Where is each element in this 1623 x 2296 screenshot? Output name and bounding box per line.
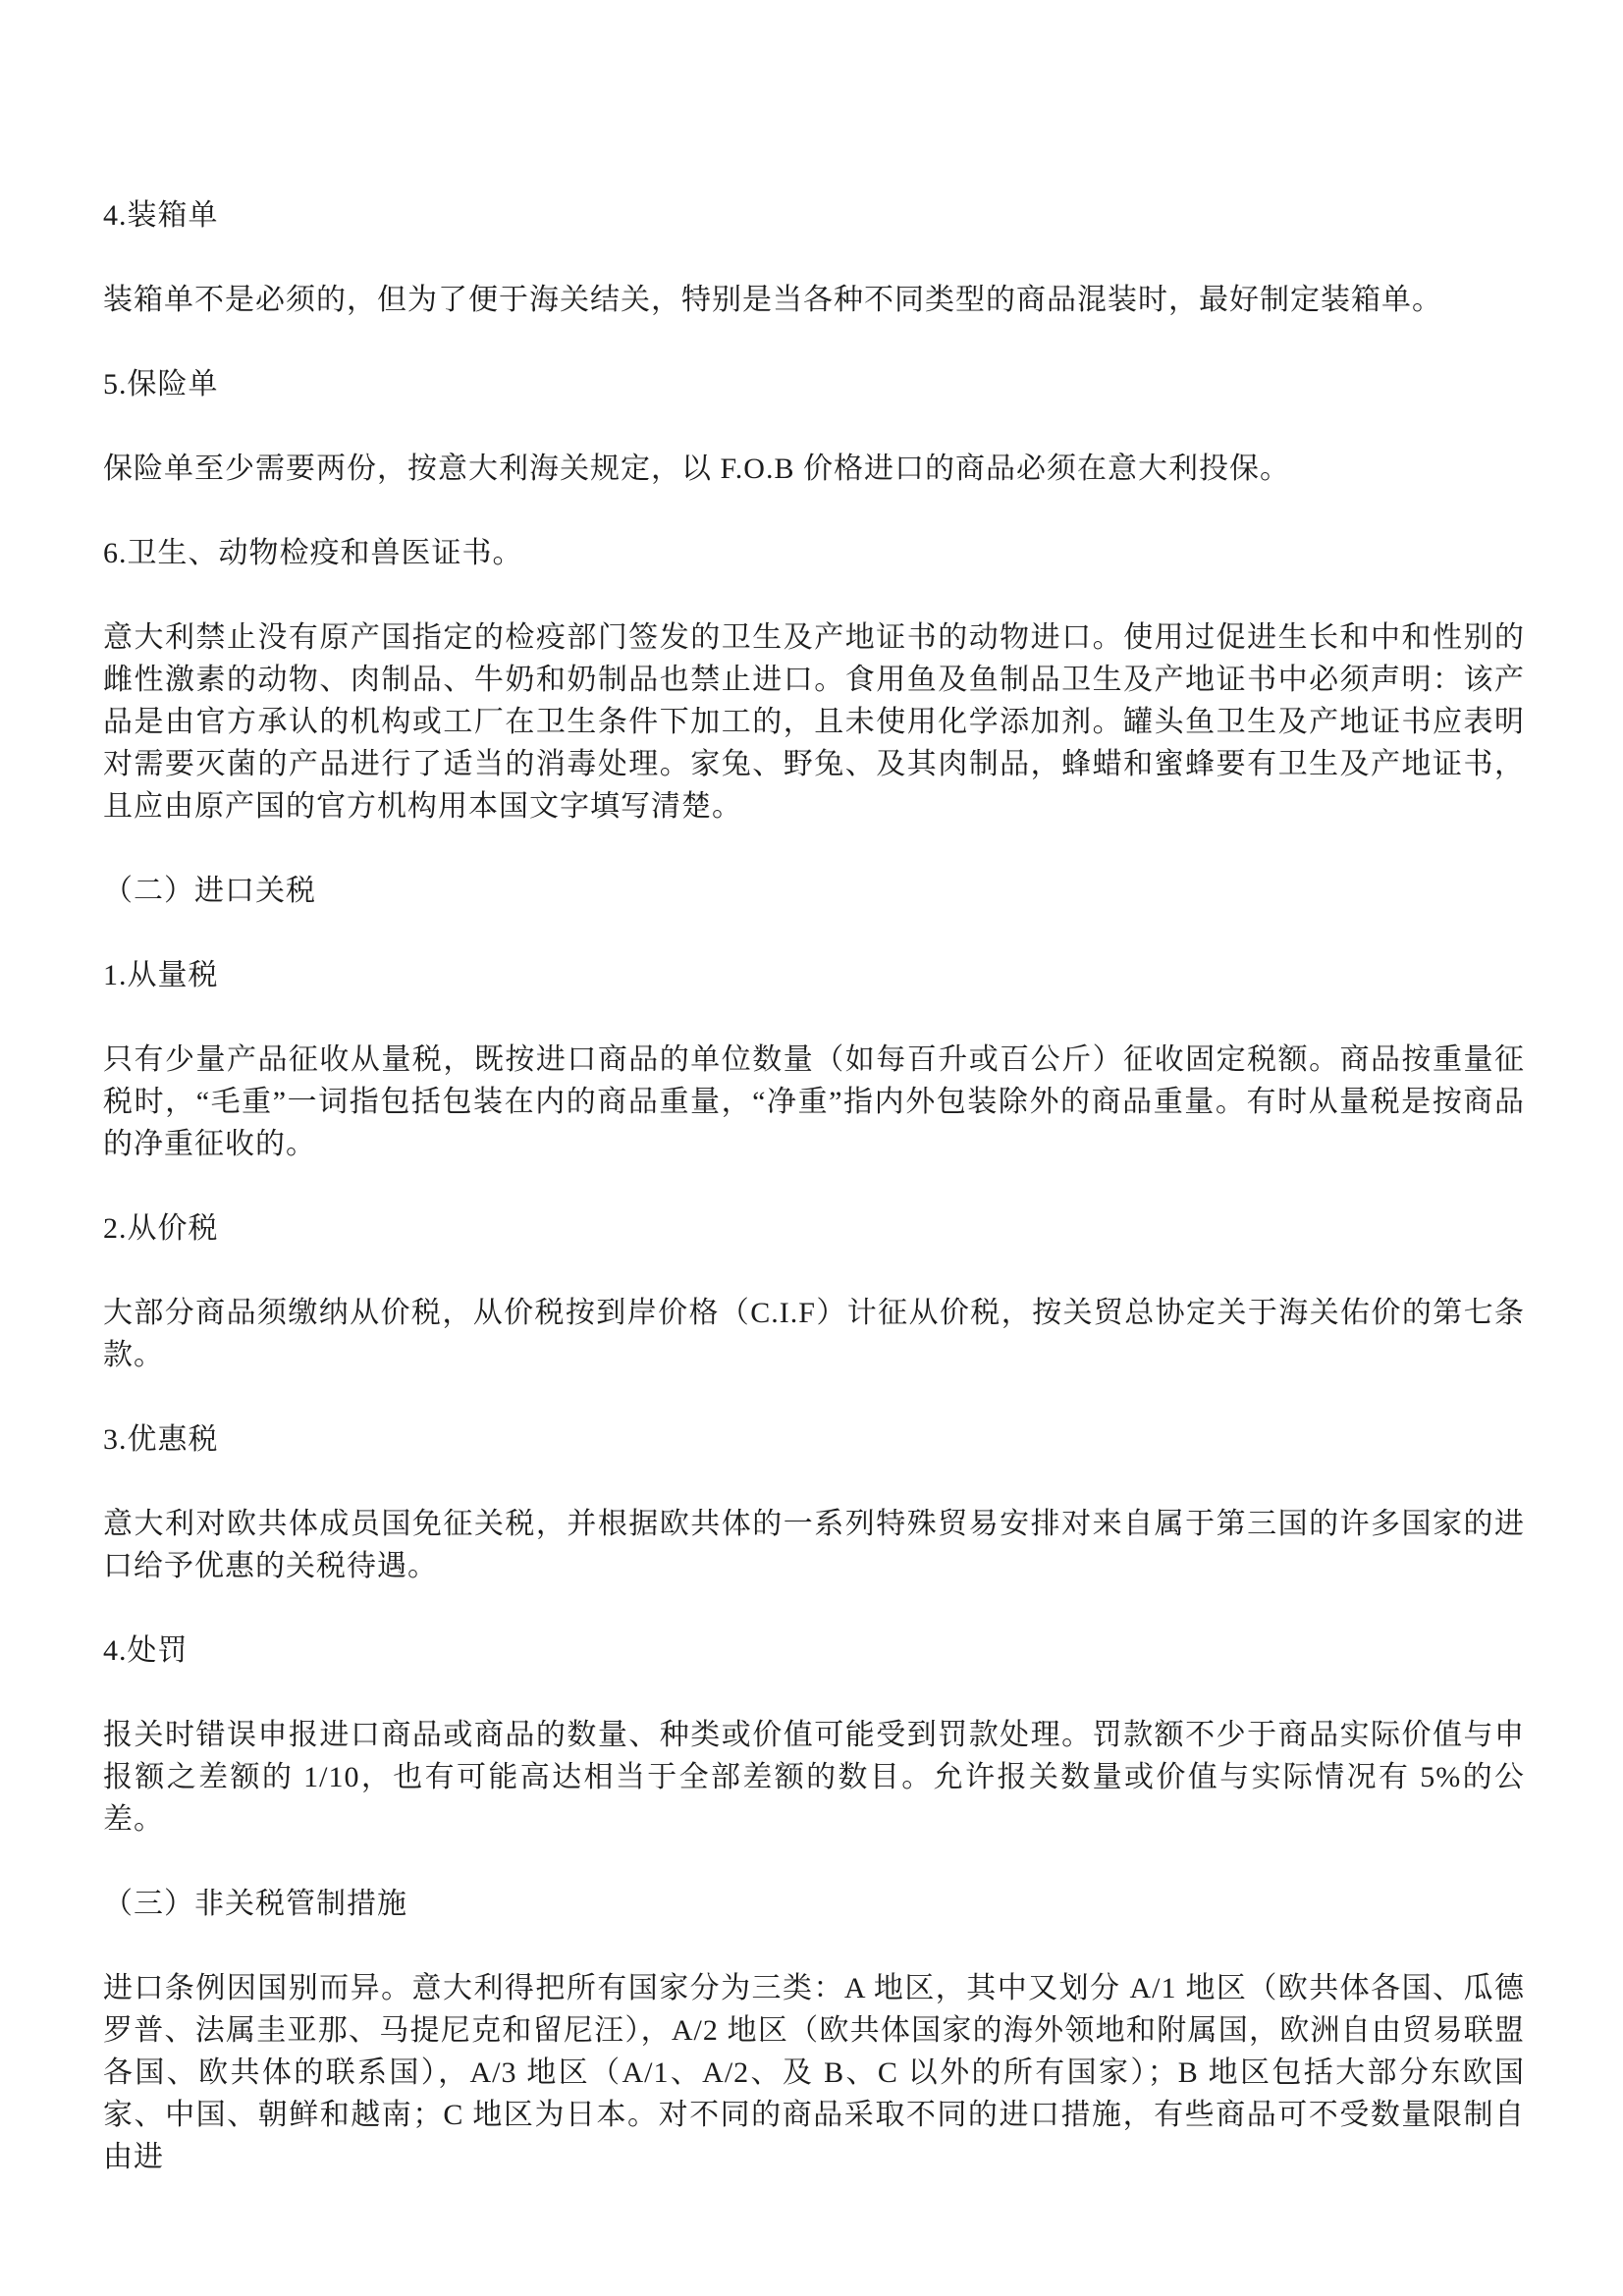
- body-paragraph-health-certificates: 意大利禁止没有原产国指定的检疫部门签发的卫生及产地证书的动物进口。使用过促进生长…: [103, 616, 1525, 828]
- body-paragraph-specific-duty: 只有少量产品征收从量税，既按进口商品的单位数量（如每百升或百公斤）征收固定税额。…: [103, 1039, 1525, 1165]
- section-heading-specific-duty: 1.从量税: [103, 954, 1525, 996]
- section-heading-nontariff-controls: （三）非关税管制措施: [103, 1883, 1525, 1925]
- document-page: 4.装箱单 装箱单不是必须的，但为了便于海关结关，特别是当各种不同类型的商品混装…: [0, 0, 1623, 2296]
- body-paragraph-packing-list: 装箱单不是必须的，但为了便于海关结关，特别是当各种不同类型的商品混装时，最好制定…: [103, 279, 1525, 321]
- body-paragraph-preferential-duty: 意大利对欧共体成员国免征关税，并根据欧共体的一系列特殊贸易安排对来自属于第三国的…: [103, 1503, 1525, 1587]
- section-heading-penalties: 4.处罚: [103, 1629, 1525, 1672]
- section-heading-import-tariffs: （二）进口关税: [103, 870, 1525, 912]
- body-paragraph-nontariff-controls: 进口条例因国别而异。意大利得把所有国家分为三类：A 地区，其中又划分 A/1 地…: [103, 1967, 1525, 2178]
- section-heading-preferential-duty: 3.优惠税: [103, 1418, 1525, 1461]
- section-heading-ad-valorem-duty: 2.从价税: [103, 1207, 1525, 1250]
- body-paragraph-penalties: 报关时错误申报进口商品或商品的数量、种类或价值可能受到罚款处理。罚款额不少于商品…: [103, 1714, 1525, 1841]
- section-heading-packing-list: 4.装箱单: [103, 194, 1525, 237]
- body-paragraph-insurance-policy: 保险单至少需要两份，按意大利海关规定，以 F.O.B 价格进口的商品必须在意大利…: [103, 448, 1525, 490]
- body-paragraph-ad-valorem-duty: 大部分商品须缴纳从价税，从价税按到岸价格（C.I.F）计征从价税，按关贸总协定关…: [103, 1292, 1525, 1376]
- section-heading-health-certificates: 6.卫生、动物检疫和兽医证书。: [103, 532, 1525, 574]
- section-heading-insurance-policy: 5.保险单: [103, 363, 1525, 405]
